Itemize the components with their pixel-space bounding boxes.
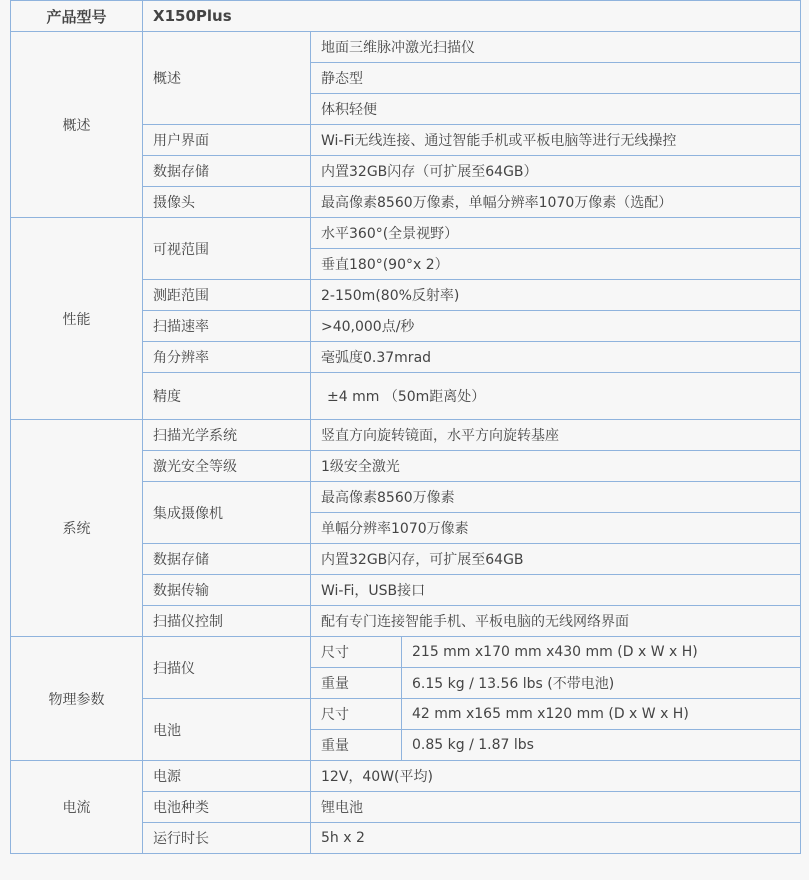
table-row: 电流 电源 12V，40W(平均) (11, 761, 801, 792)
row-value: 地面三维脉冲激光扫描仪 (311, 32, 801, 63)
spec-table: 产品型号 X150Plus 概述 概述 地面三维脉冲激光扫描仪 静态型 体积轻便… (10, 0, 801, 854)
row-label: 扫描速率 (143, 311, 311, 342)
table-row: 系统 扫描光学系统 竖直方向旋转镜面，水平方向旋转基座 (11, 420, 801, 451)
sub-key: 重量 (311, 730, 402, 761)
row-label: 数据存储 (143, 156, 311, 187)
row-value: 12V，40W(平均) (311, 761, 801, 792)
row-label: 扫描光学系统 (143, 420, 311, 451)
row-label: 可视范围 (143, 218, 311, 280)
row-value: 2-150m(80%反射率) (311, 280, 801, 311)
row-label: 用户界面 (143, 125, 311, 156)
row-value: >40,000点/秒 (311, 311, 801, 342)
row-label: 扫描仪 (143, 637, 311, 699)
row-value: 配有专门连接智能手机、平板电脑的无线网络界面 (311, 606, 801, 637)
table-row: 概述 概述 地面三维脉冲激光扫描仪 (11, 32, 801, 63)
row-value: 竖直方向旋转镜面，水平方向旋转基座 (311, 420, 801, 451)
row-value: 静态型 (311, 63, 801, 94)
sub-value: 6.15 kg / 13.56 lbs (不带电池) (402, 668, 801, 699)
category-overview: 概述 (11, 32, 143, 218)
row-value: 最高像素8560万像素，单幅分辨率1070万像素（选配） (311, 187, 801, 218)
row-value: 锂电池 (311, 792, 801, 823)
row-label: 精度 (143, 373, 311, 420)
header-row: 产品型号 X150Plus (11, 1, 801, 32)
row-label: 电池 (143, 699, 311, 761)
model-label: 产品型号 (11, 1, 143, 32)
category-performance: 性能 (11, 218, 143, 420)
row-value: 5h x 2 (311, 823, 801, 854)
row-value: 单幅分辨率1070万像素 (311, 513, 801, 544)
sub-key: 尺寸 (311, 637, 402, 668)
model-value: X150Plus (143, 1, 801, 32)
row-label: 激光安全等级 (143, 451, 311, 482)
row-value: 毫弧度0.37mrad (311, 342, 801, 373)
row-label: 扫描仪控制 (143, 606, 311, 637)
row-value: 最高像素8560万像素 (311, 482, 801, 513)
row-label: 运行时长 (143, 823, 311, 854)
row-label: 集成摄像机 (143, 482, 311, 544)
row-label: 电源 (143, 761, 311, 792)
row-label: 角分辨率 (143, 342, 311, 373)
sub-key: 重量 (311, 668, 402, 699)
table-row: 物理参数 扫描仪 尺寸 215 mm x170 mm x430 mm (D x … (11, 637, 801, 668)
row-value: Wi-Fi无线连接、通过智能手机或平板电脑等进行无线操控 (311, 125, 801, 156)
sub-value: 215 mm x170 mm x430 mm (D x W x H) (402, 637, 801, 668)
row-label: 数据存储 (143, 544, 311, 575)
row-value: 内置32GB闪存（可扩展至64GB） (311, 156, 801, 187)
sub-value: 42 mm x165 mm x120 mm (D x W x H) (402, 699, 801, 730)
sub-value: 0.85 kg / 1.87 lbs (402, 730, 801, 761)
row-label: 概述 (143, 32, 311, 125)
row-value: 体积轻便 (311, 94, 801, 125)
category-system: 系统 (11, 420, 143, 637)
sub-key: 尺寸 (311, 699, 402, 730)
category-power: 电流 (11, 761, 143, 854)
row-value: 垂直180°(90°x 2） (311, 249, 801, 280)
row-label: 电池种类 (143, 792, 311, 823)
row-value: ±4 mm （50m距离处） (311, 373, 801, 420)
row-value: 内置32GB闪存，可扩展至64GB (311, 544, 801, 575)
row-value: 水平360°(全景视野） (311, 218, 801, 249)
category-physical: 物理参数 (11, 637, 143, 761)
row-label: 摄像头 (143, 187, 311, 218)
table-row: 性能 可视范围 水平360°(全景视野） (11, 218, 801, 249)
row-label: 数据传输 (143, 575, 311, 606)
row-value: Wi-Fi，USB接口 (311, 575, 801, 606)
row-label: 测距范围 (143, 280, 311, 311)
row-value: 1级安全激光 (311, 451, 801, 482)
